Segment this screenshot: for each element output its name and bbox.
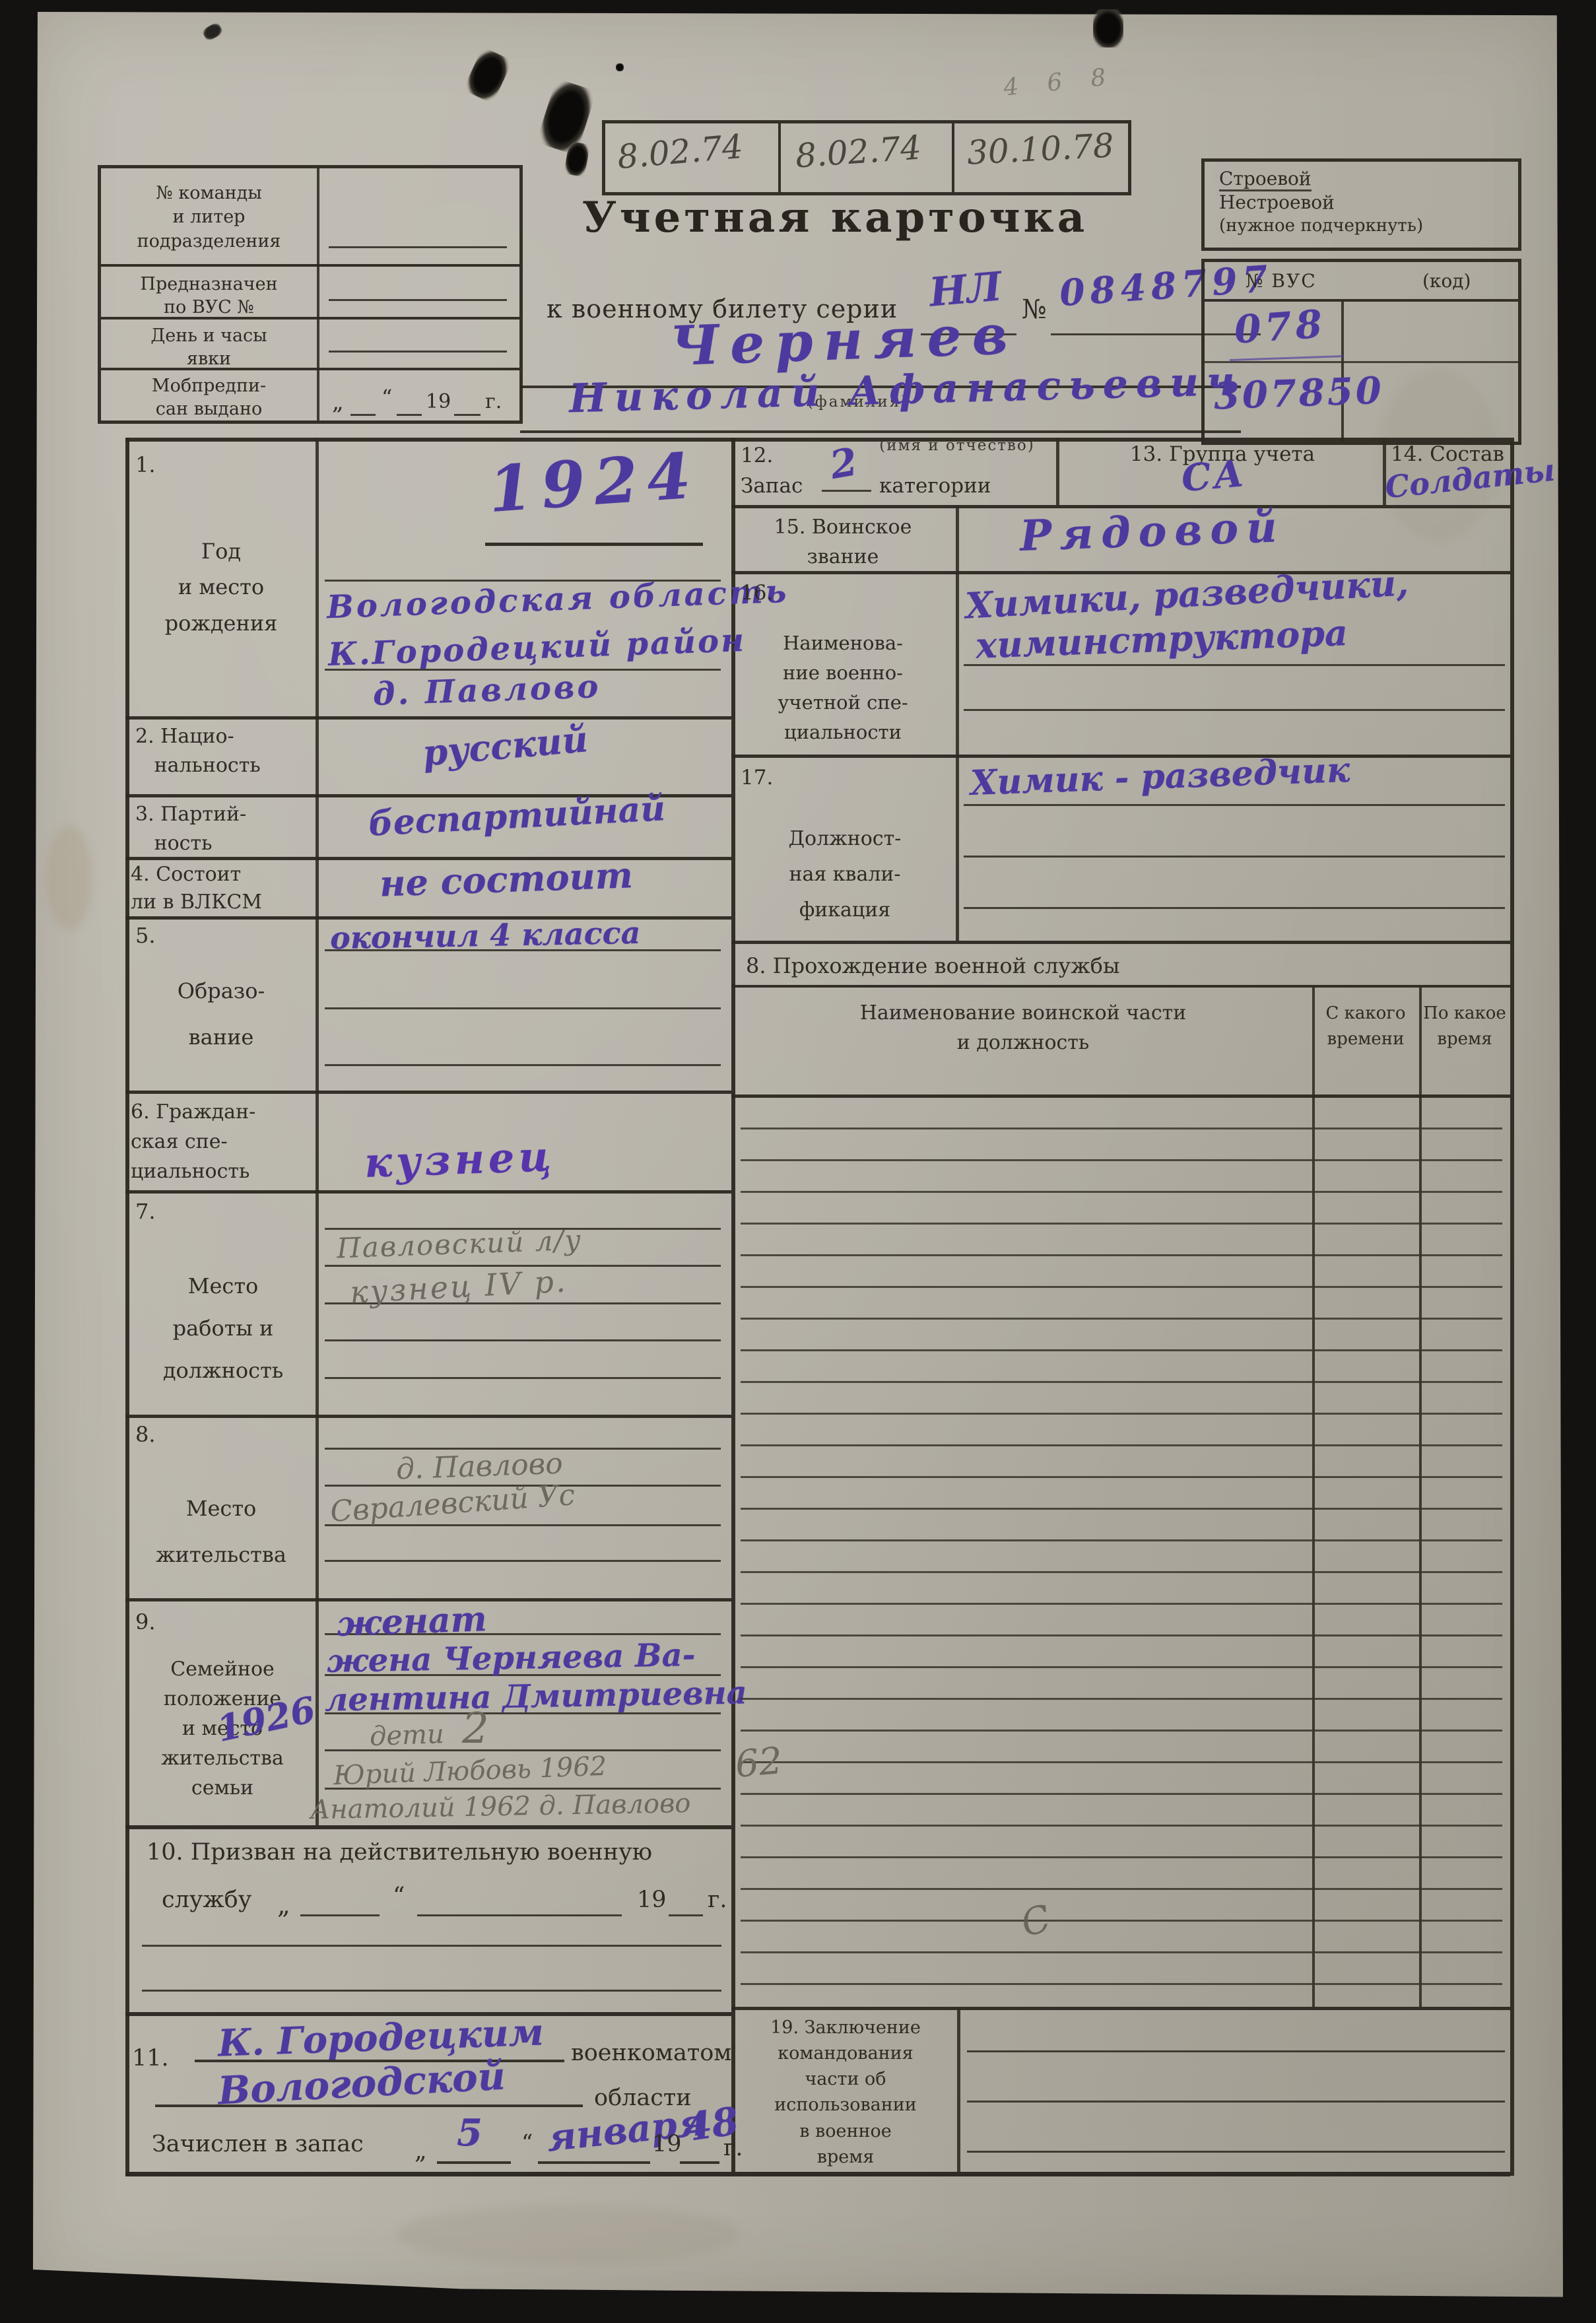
table-row-line [741, 1603, 1502, 1605]
family-status-handwritten: женат [336, 1599, 488, 1644]
table-row-line [741, 1983, 1502, 1985]
birth-year-underline [485, 543, 703, 546]
table-row-line [741, 1381, 1502, 1383]
table-row-line [741, 1286, 1502, 1288]
section19-label: 19. Заключение командования части об исп… [734, 2015, 957, 2170]
row-divider [731, 941, 1510, 944]
year-19: 19 [652, 2131, 682, 2157]
blank-line [538, 2161, 650, 2164]
mobilization-box: № команды и литер подразделения Предназн… [98, 165, 523, 424]
section5-label: Образо- вание [135, 968, 307, 1061]
table-row-line [741, 1698, 1502, 1700]
year-g: г. [708, 1887, 727, 1913]
section3-label: 3. Партий- ность [135, 800, 246, 858]
blank-line [325, 1377, 721, 1379]
table-col2-header: С какого времени [1315, 1001, 1416, 1052]
service-table-body [737, 1094, 1508, 2007]
form-bottom-border [125, 2172, 1510, 2176]
table-row-line [741, 1476, 1502, 1478]
table-row-line [741, 1761, 1502, 1763]
quote-close: “ [382, 385, 392, 410]
table-row-line [741, 1128, 1502, 1129]
blank-line [325, 1064, 721, 1066]
blank-line [964, 856, 1505, 858]
blank-line [680, 2161, 719, 2164]
corner-label-attendance: День и часы явки [105, 324, 313, 370]
vus-ink-flourish [1230, 355, 1343, 361]
card-title: Учетная карточка [571, 193, 1099, 242]
vus-row-divider [1205, 361, 1518, 363]
section7-number: 7. [135, 1199, 156, 1224]
section1-number: 1. [135, 452, 156, 477]
number-sign: № [1022, 294, 1047, 325]
blank-line [669, 1914, 703, 1916]
form-top-border [125, 438, 1510, 442]
section16-number: 16. [741, 581, 773, 605]
komsomol-handwritten: не состоит [379, 854, 634, 904]
table-row-line [741, 1508, 1502, 1510]
corner-label-vus: Предназначен по ВУС № [105, 273, 313, 319]
stamp-date: 30.10.78 [966, 126, 1115, 172]
enlist-day-handwritten: 5 [457, 2111, 482, 2155]
table-row-line [741, 1191, 1502, 1193]
corner-label-mobilization: Мобпредпи- сан выдано [105, 374, 313, 421]
blank-line [155, 2104, 583, 2107]
table-row-line [741, 1159, 1502, 1161]
stamp-date: 8.02.74 [616, 127, 745, 176]
section12-number: 12. [741, 444, 773, 467]
blank-line [325, 1007, 721, 1009]
blank-line [142, 1945, 721, 1947]
cell-divider [956, 755, 959, 941]
stamp-cell-divider [952, 123, 954, 192]
section-divider [125, 1091, 731, 1094]
blank-line [142, 1990, 721, 1992]
blank-line [437, 2161, 511, 2164]
torn-hole [1093, 9, 1123, 48]
table-header-top [731, 985, 1510, 988]
table-row-line [741, 1413, 1502, 1415]
blank-line [964, 907, 1505, 909]
margin-number-62: 62 [733, 1739, 784, 1786]
year-g: г. [485, 390, 502, 413]
enlist-label: Зачислен в запас [152, 2131, 364, 2157]
cell-divider [956, 571, 959, 755]
table-row-line [741, 1571, 1502, 1573]
table-col1-header: Наименование воинской части и должность [739, 998, 1307, 1058]
vus-value-2: 307850 [1213, 369, 1385, 419]
cell-divider [957, 2007, 960, 2172]
section7-label: Место работы и должность [131, 1265, 316, 1392]
torn-hole [616, 63, 624, 71]
paper-stain [396, 2205, 739, 2264]
blank-line [417, 1914, 622, 1916]
form-outer-left-border [125, 438, 129, 2176]
table-row-line [741, 1254, 1502, 1256]
blank-line [964, 664, 1505, 666]
year-g: г. [723, 2135, 743, 2161]
section9-number: 9. [135, 1609, 156, 1634]
wife-name-line1: жена Черняева Ва- [327, 1636, 696, 1680]
section-divider [125, 1190, 731, 1194]
table-row-line [741, 1920, 1502, 1922]
section8-label: Место жительства [129, 1485, 314, 1578]
rank-handwritten: Рядовой [1019, 502, 1286, 561]
table-row-line [741, 1951, 1502, 1953]
quote-close: “ [393, 1883, 405, 1910]
stamp-date: 8.02.74 [794, 128, 922, 175]
commissariat-label: военкоматом [571, 2040, 732, 2066]
blank-line [967, 2050, 1505, 2052]
quote-open: „ [277, 1891, 290, 1920]
blank-line [325, 1339, 721, 1341]
vus-value-1: 078 [1233, 301, 1327, 353]
corner-blank-line [329, 246, 507, 248]
blank-line [822, 490, 871, 492]
scanned-military-card: 8.02.74 8.02.74 30.10.78 4 6 8 Учетная к… [0, 0, 1596, 2323]
duty-option-underlined: Строевой [1219, 168, 1312, 191]
section11-number: 11. [132, 2045, 169, 2071]
section-divider [125, 716, 731, 720]
name-line [520, 430, 1241, 433]
section18-title: 8. Прохождение военной службы [746, 953, 1119, 978]
table-row-line [741, 1349, 1502, 1351]
duty-note: (нужное подчеркнуть) [1219, 215, 1423, 238]
table-row-line [741, 1444, 1502, 1446]
table-row-line [741, 1539, 1502, 1541]
section-divider [125, 1415, 731, 1418]
vus-header-divider [1205, 299, 1518, 302]
stamp-date-box: 8.02.74 8.02.74 30.10.78 [602, 120, 1131, 195]
form-outer-right-border [1510, 438, 1514, 2176]
civil-specialty-handwritten: кузнец [364, 1132, 556, 1187]
section8-number: 8. [135, 1422, 156, 1447]
cell-divider [1056, 438, 1059, 505]
vus-header-right: (код) [1422, 270, 1471, 292]
cell-divider [956, 505, 959, 571]
corner-box-divider [317, 168, 319, 421]
section10-line1: 10. Призван на действительную военную [147, 1839, 652, 1866]
section17-number: 17. [741, 766, 773, 790]
section12-word2: категории [879, 474, 991, 498]
blank-line [300, 1914, 380, 1916]
section5-number: 5. [135, 923, 156, 948]
vus-code-box: № ВУС (код) 078 307850 [1201, 259, 1521, 445]
section12-word1: Запас [741, 474, 803, 498]
corner-blank-line [329, 299, 507, 301]
section-divider [125, 1825, 731, 1829]
table-row-line [741, 1318, 1502, 1320]
table-row-line [741, 1856, 1502, 1858]
row-divider [731, 2007, 1510, 2010]
corner-row-divider [101, 264, 519, 267]
children-pencil: дети [369, 1719, 444, 1752]
corner-blank-line [329, 351, 507, 353]
table-col3-header: По какое время [1422, 1001, 1508, 1052]
duty-option-stroevoy: Строевой [1219, 167, 1423, 191]
corner-blank-line [397, 414, 422, 416]
section2-label: 2. Нацио- нальность [135, 722, 261, 780]
corner-blank-line [350, 414, 376, 416]
quote-open: „ [415, 2138, 427, 2165]
section10-word: службу [162, 1887, 251, 1913]
vus-header-left: № ВУС [1246, 270, 1317, 292]
section17-label: Должност- ная квали- фикация [734, 821, 956, 928]
duty-type-box: Строевой Нестроевой (нужное подчеркнуть) [1201, 158, 1521, 251]
register-group-handwritten: СА [1180, 452, 1248, 500]
blank-line [964, 709, 1505, 711]
blank-line [325, 949, 721, 951]
paper-stain [46, 825, 92, 931]
table-row-line [741, 1223, 1502, 1225]
section15-label: 15. Воинское звание [734, 512, 952, 572]
table-row-line [741, 1634, 1502, 1636]
section6-label: 6. Граждан- ская спе- циальность [131, 1097, 255, 1186]
table-row-line [741, 1793, 1502, 1795]
section1-label: Год и место рождения [135, 533, 307, 641]
stamp-cell-divider [778, 123, 781, 192]
duty-option-nestroevoy: Нестроевой [1219, 191, 1423, 215]
left-label-divider [316, 438, 319, 1825]
section4-label: 4. Состоит ли в ВЛКСМ [131, 861, 262, 916]
blank-line [964, 804, 1505, 806]
table-row-line [741, 1825, 1502, 1827]
children-count-pencil: 2 [462, 1704, 489, 1753]
blank-line [967, 2101, 1505, 2103]
quote-close: “ [521, 2130, 533, 2156]
year-19: 19 [637, 1887, 667, 1913]
corner-label-team: № команды и литер подразделения [105, 182, 313, 253]
blank-line [967, 2151, 1505, 2153]
table-row-line [741, 1730, 1502, 1732]
table-row-line [741, 1666, 1502, 1668]
year-19: 19 [426, 390, 451, 413]
section16-label: Наименова- ние военно- учетной спе- циал… [734, 628, 952, 747]
birth-year-handwritten: 1924 [486, 439, 702, 527]
table-row-line [741, 1888, 1502, 1890]
blank-line [325, 1560, 721, 1562]
wife-name-line2: лентина Дмитриевна [325, 1674, 748, 1718]
quote-open: „ [332, 389, 344, 415]
corner-blank-line [454, 414, 481, 416]
